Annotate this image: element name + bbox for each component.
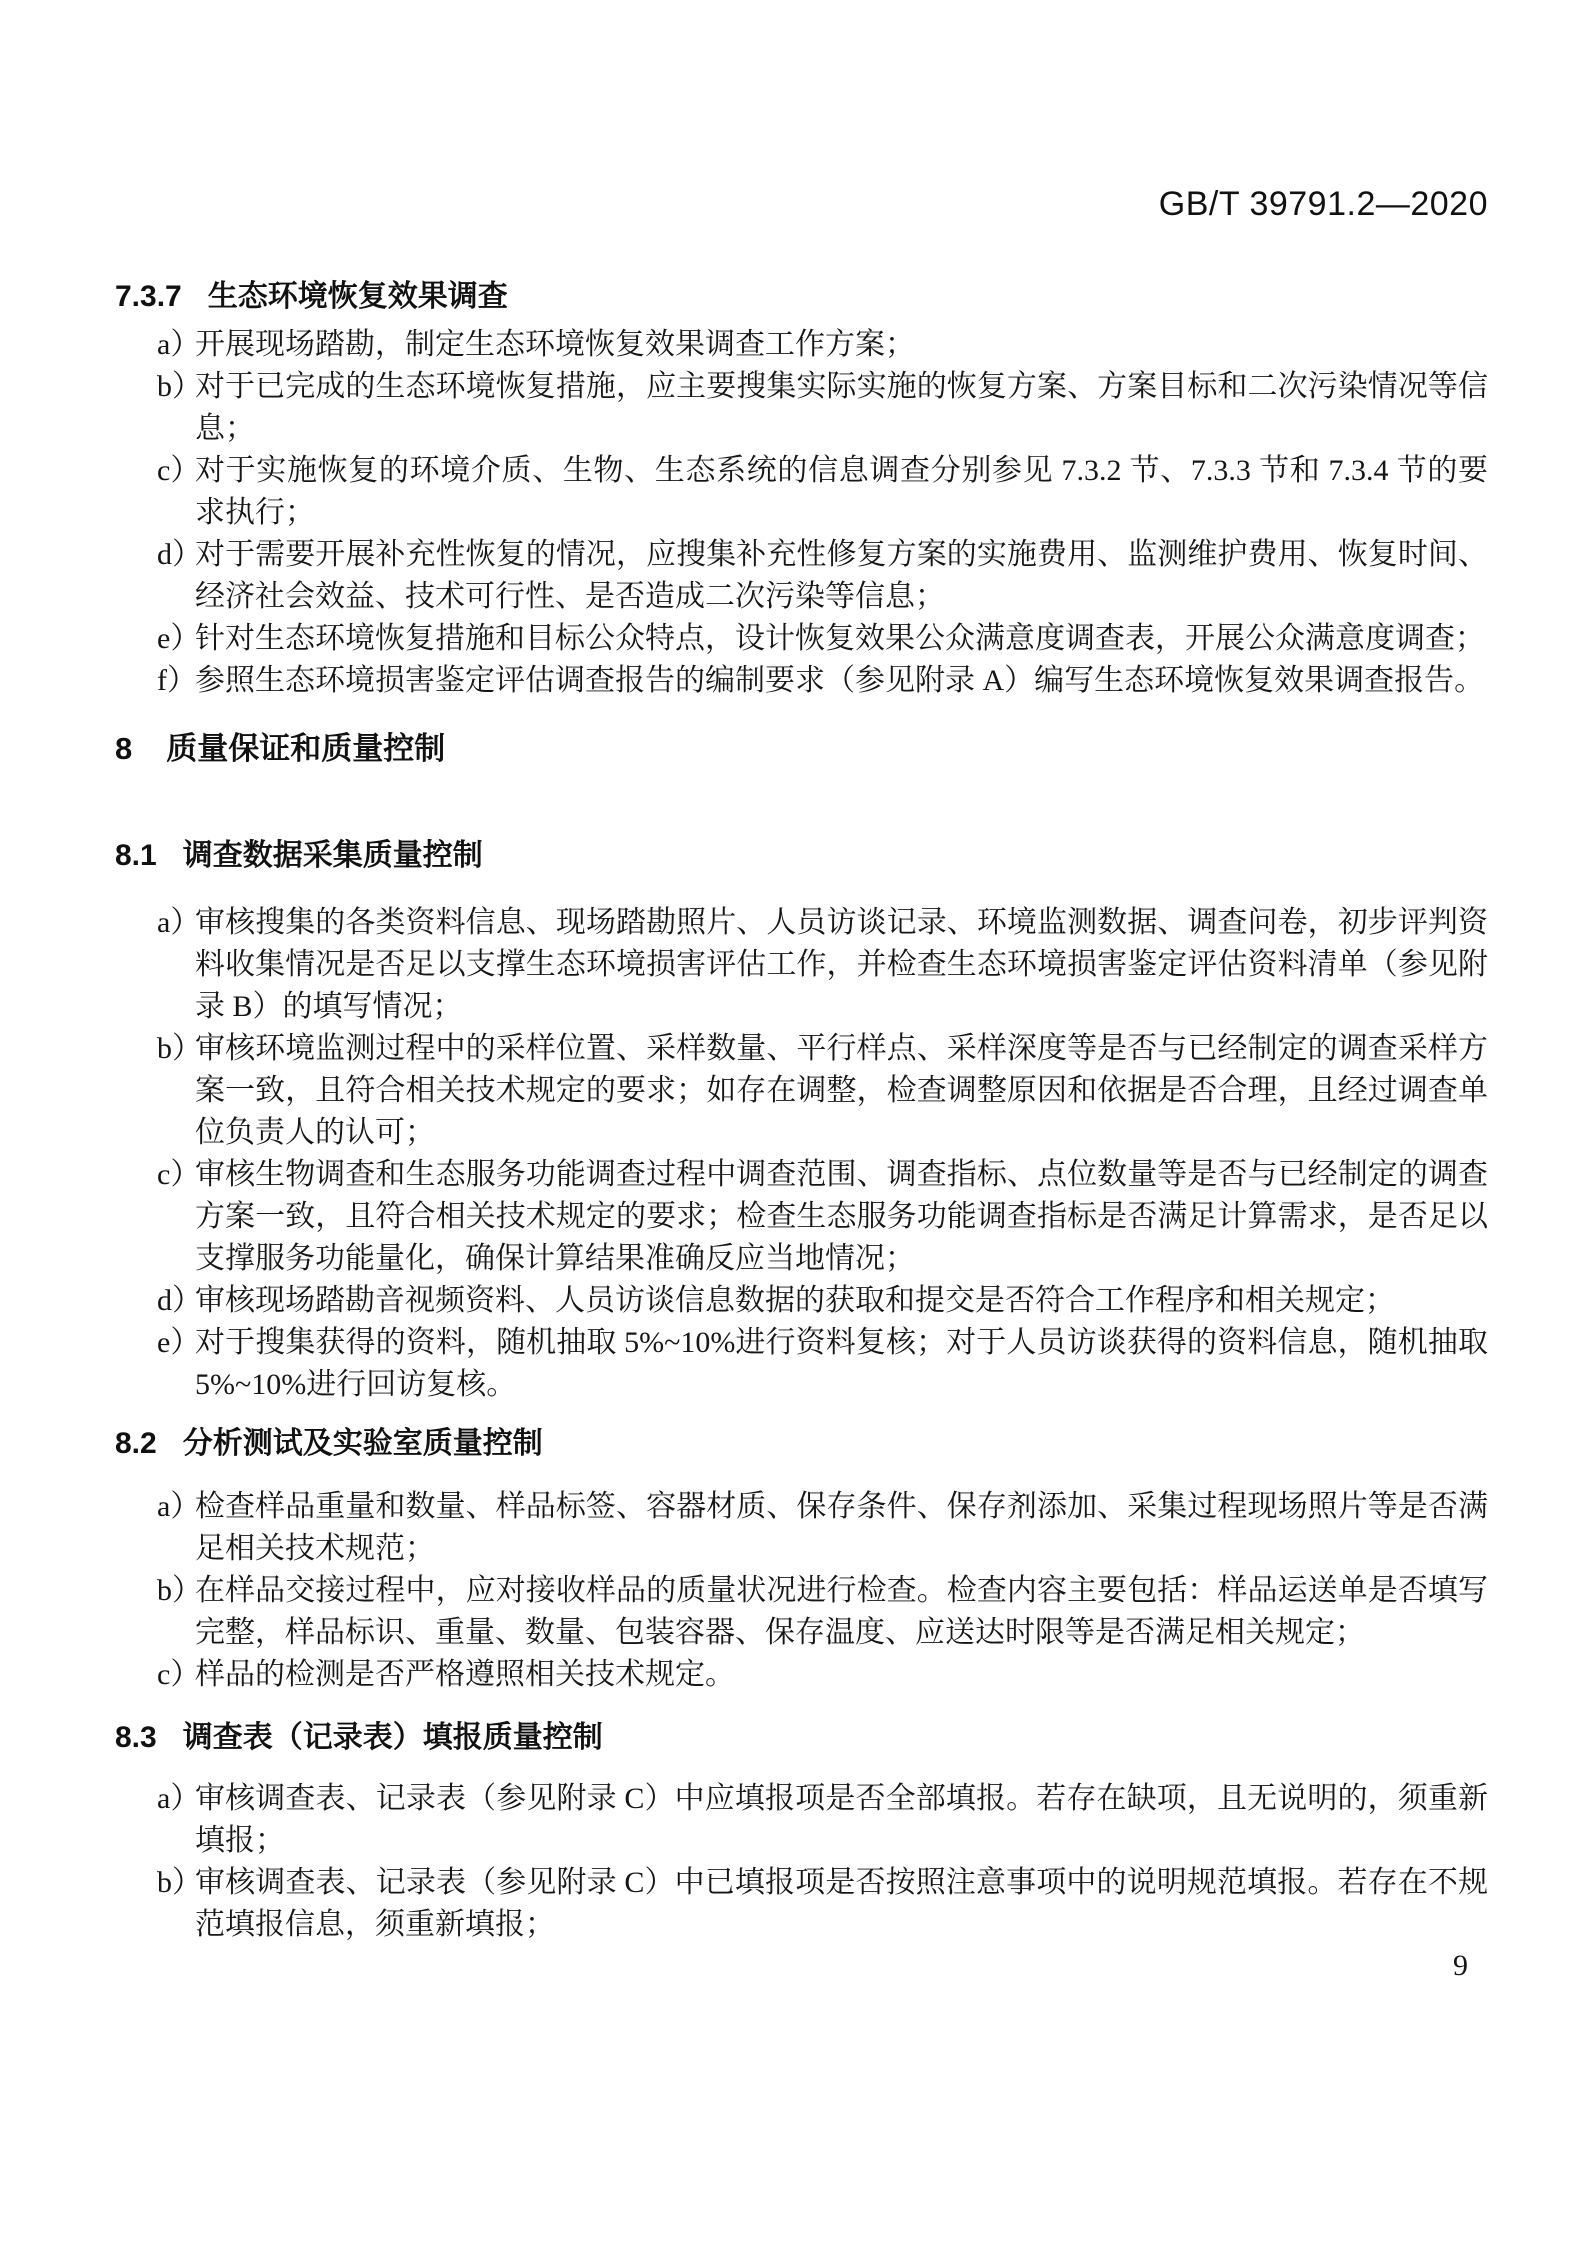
list-item: e） 对于搜集获得的资料，随机抽取 5%~10%进行资料复核；对于人员访谈获得的… xyxy=(115,1322,1488,1406)
list-item-text: 审核调查表、记录表（参见附录 C）中已填报项是否按照注意事项中的说明规范填报。若… xyxy=(195,1862,1488,1946)
list-7-3-7: a） 开展现场踏勘，制定生态环境恢复效果调查工作方案； b） 对于已完成的生态环… xyxy=(115,324,1488,702)
list-item: b） 在样品交接过程中，应对接收样品的质量状况进行检查。检查内容主要包括：样品运… xyxy=(115,1570,1488,1654)
list-item-marker: a） xyxy=(157,902,200,944)
list-item-marker: b） xyxy=(157,1028,202,1070)
document-page: GB/T 39791.2—2020 7.3.7生态环境恢复效果调查 a） 开展现… xyxy=(0,0,1588,2245)
list-8-2: a） 检查样品重量和数量、样品标签、容器材质、保存条件、保存剂添加、采集过程现场… xyxy=(115,1486,1488,1696)
heading-number: 8.2 xyxy=(115,1426,157,1462)
list-item: a） 审核搜集的各类资料信息、现场踏勘照片、人员访谈记录、环境监测数据、调查问卷… xyxy=(115,902,1488,1028)
list-item-text: 在样品交接过程中，应对接收样品的质量状况进行检查。检查内容主要包括：样品运送单是… xyxy=(195,1570,1488,1654)
heading-number: 8.3 xyxy=(115,1720,157,1756)
list-item: a） 开展现场踏勘，制定生态环境恢复效果调查工作方案； xyxy=(115,324,1488,366)
heading-title: 质量保证和质量控制 xyxy=(166,731,445,766)
list-8-1: a） 审核搜集的各类资料信息、现场踏勘照片、人员访谈记录、环境监测数据、调查问卷… xyxy=(115,902,1488,1406)
list-item-text: 对于需要开展补充性恢复的情况，应搜集补充性修复方案的实施费用、监测维护费用、恢复… xyxy=(195,534,1488,618)
heading-8: 8质量保证和质量控制 xyxy=(115,730,1488,768)
list-item-text: 针对生态环境恢复措施和目标公众特点，设计恢复效果公众满意度调查表，开展公众满意度… xyxy=(195,618,1488,660)
doc-number: GB/T 39791.2—2020 xyxy=(115,186,1488,222)
list-item-marker: b） xyxy=(157,1862,202,1904)
list-item: b） 审核调查表、记录表（参见附录 C）中已填报项是否按照注意事项中的说明规范填… xyxy=(115,1862,1488,1946)
list-item-marker: e） xyxy=(157,618,200,660)
list-item-marker: a） xyxy=(157,1778,200,1820)
heading-number: 8.1 xyxy=(115,838,157,874)
list-item: d） 审核现场踏勘音视频资料、人员访谈信息数据的获取和提交是否符合工作程序和相关… xyxy=(115,1280,1488,1322)
list-item-text: 对于实施恢复的环境介质、生物、生态系统的信息调查分别参见 7.3.2 节、7.3… xyxy=(195,450,1488,534)
list-item-text: 开展现场踏勘，制定生态环境恢复效果调查工作方案； xyxy=(195,324,1488,366)
list-item: c） 样品的检测是否严格遵照相关技术规定。 xyxy=(115,1654,1488,1696)
list-item: a） 检查样品重量和数量、样品标签、容器材质、保存条件、保存剂添加、采集过程现场… xyxy=(115,1486,1488,1570)
heading-8-2: 8.2分析测试及实验室质量控制 xyxy=(115,1426,1488,1462)
heading-7-3-7: 7.3.7生态环境恢复效果调查 xyxy=(115,279,1488,315)
list-item-text: 对于已完成的生态环境恢复措施，应主要搜集实际实施的恢复方案、方案目标和二次污染情… xyxy=(195,366,1488,450)
page-number: 9 xyxy=(115,1946,1488,1986)
list-item-text: 样品的检测是否严格遵照相关技术规定。 xyxy=(195,1654,1488,1696)
list-item-text: 审核调查表、记录表（参见附录 C）中应填报项是否全部填报。若存在缺项，且无说明的… xyxy=(195,1778,1488,1862)
list-item: c） 审核生物调查和生态服务功能调查过程中调查范围、调查指标、点位数量等是否与已… xyxy=(115,1154,1488,1280)
heading-title: 分析测试及实验室质量控制 xyxy=(183,1427,543,1460)
heading-number: 7.3.7 xyxy=(115,279,182,315)
heading-title: 调查数据采集质量控制 xyxy=(183,839,483,872)
list-item-marker: f） xyxy=(157,660,197,702)
list-item-marker: d） xyxy=(157,534,202,576)
list-8-3: a） 审核调查表、记录表（参见附录 C）中应填报项是否全部填报。若存在缺项，且无… xyxy=(115,1778,1488,1946)
list-item: d） 对于需要开展补充性恢复的情况，应搜集补充性修复方案的实施费用、监测维护费用… xyxy=(115,534,1488,618)
list-item-marker: c） xyxy=(157,1654,200,1696)
list-item-text: 审核现场踏勘音视频资料、人员访谈信息数据的获取和提交是否符合工作程序和相关规定； xyxy=(195,1280,1488,1322)
heading-number: 8 xyxy=(115,730,132,768)
heading-title: 生态环境恢复效果调查 xyxy=(208,280,508,313)
list-item-marker: b） xyxy=(157,366,202,408)
list-item-marker: b） xyxy=(157,1570,202,1612)
list-item-text: 审核生物调查和生态服务功能调查过程中调查范围、调查指标、点位数量等是否与已经制定… xyxy=(195,1154,1488,1280)
list-item: f） 参照生态环境损害鉴定评估调查报告的编制要求（参见附录 A）编写生态环境恢复… xyxy=(115,660,1488,702)
heading-8-1: 8.1调查数据采集质量控制 xyxy=(115,838,1488,874)
list-item: a） 审核调查表、记录表（参见附录 C）中应填报项是否全部填报。若存在缺项，且无… xyxy=(115,1778,1488,1862)
heading-8-3: 8.3调查表（记录表）填报质量控制 xyxy=(115,1720,1488,1756)
list-item: c） 对于实施恢复的环境介质、生物、生态系统的信息调查分别参见 7.3.2 节、… xyxy=(115,450,1488,534)
list-item-marker: a） xyxy=(157,324,200,366)
list-item: b） 对于已完成的生态环境恢复措施，应主要搜集实际实施的恢复方案、方案目标和二次… xyxy=(115,366,1488,450)
list-item-text: 参照生态环境损害鉴定评估调查报告的编制要求（参见附录 A）编写生态环境恢复效果调… xyxy=(195,660,1488,702)
list-item-text: 审核环境监测过程中的采样位置、采样数量、平行样点、采样深度等是否与已经制定的调查… xyxy=(195,1028,1488,1154)
list-item: b） 审核环境监测过程中的采样位置、采样数量、平行样点、采样深度等是否与已经制定… xyxy=(115,1028,1488,1154)
list-item-text: 对于搜集获得的资料，随机抽取 5%~10%进行资料复核；对于人员访谈获得的资料信… xyxy=(195,1322,1488,1406)
list-item-text: 检查样品重量和数量、样品标签、容器材质、保存条件、保存剂添加、采集过程现场照片等… xyxy=(195,1486,1488,1570)
list-item-marker: c） xyxy=(157,450,200,492)
list-item-marker: a） xyxy=(157,1486,200,1528)
list-item: e） 针对生态环境恢复措施和目标公众特点，设计恢复效果公众满意度调查表，开展公众… xyxy=(115,618,1488,660)
list-item-text: 审核搜集的各类资料信息、现场踏勘照片、人员访谈记录、环境监测数据、调查问卷，初步… xyxy=(195,902,1488,1028)
heading-title: 调查表（记录表）填报质量控制 xyxy=(183,1721,603,1754)
list-item-marker: e） xyxy=(157,1322,200,1364)
list-item-marker: d） xyxy=(157,1280,202,1322)
list-item-marker: c） xyxy=(157,1154,200,1196)
